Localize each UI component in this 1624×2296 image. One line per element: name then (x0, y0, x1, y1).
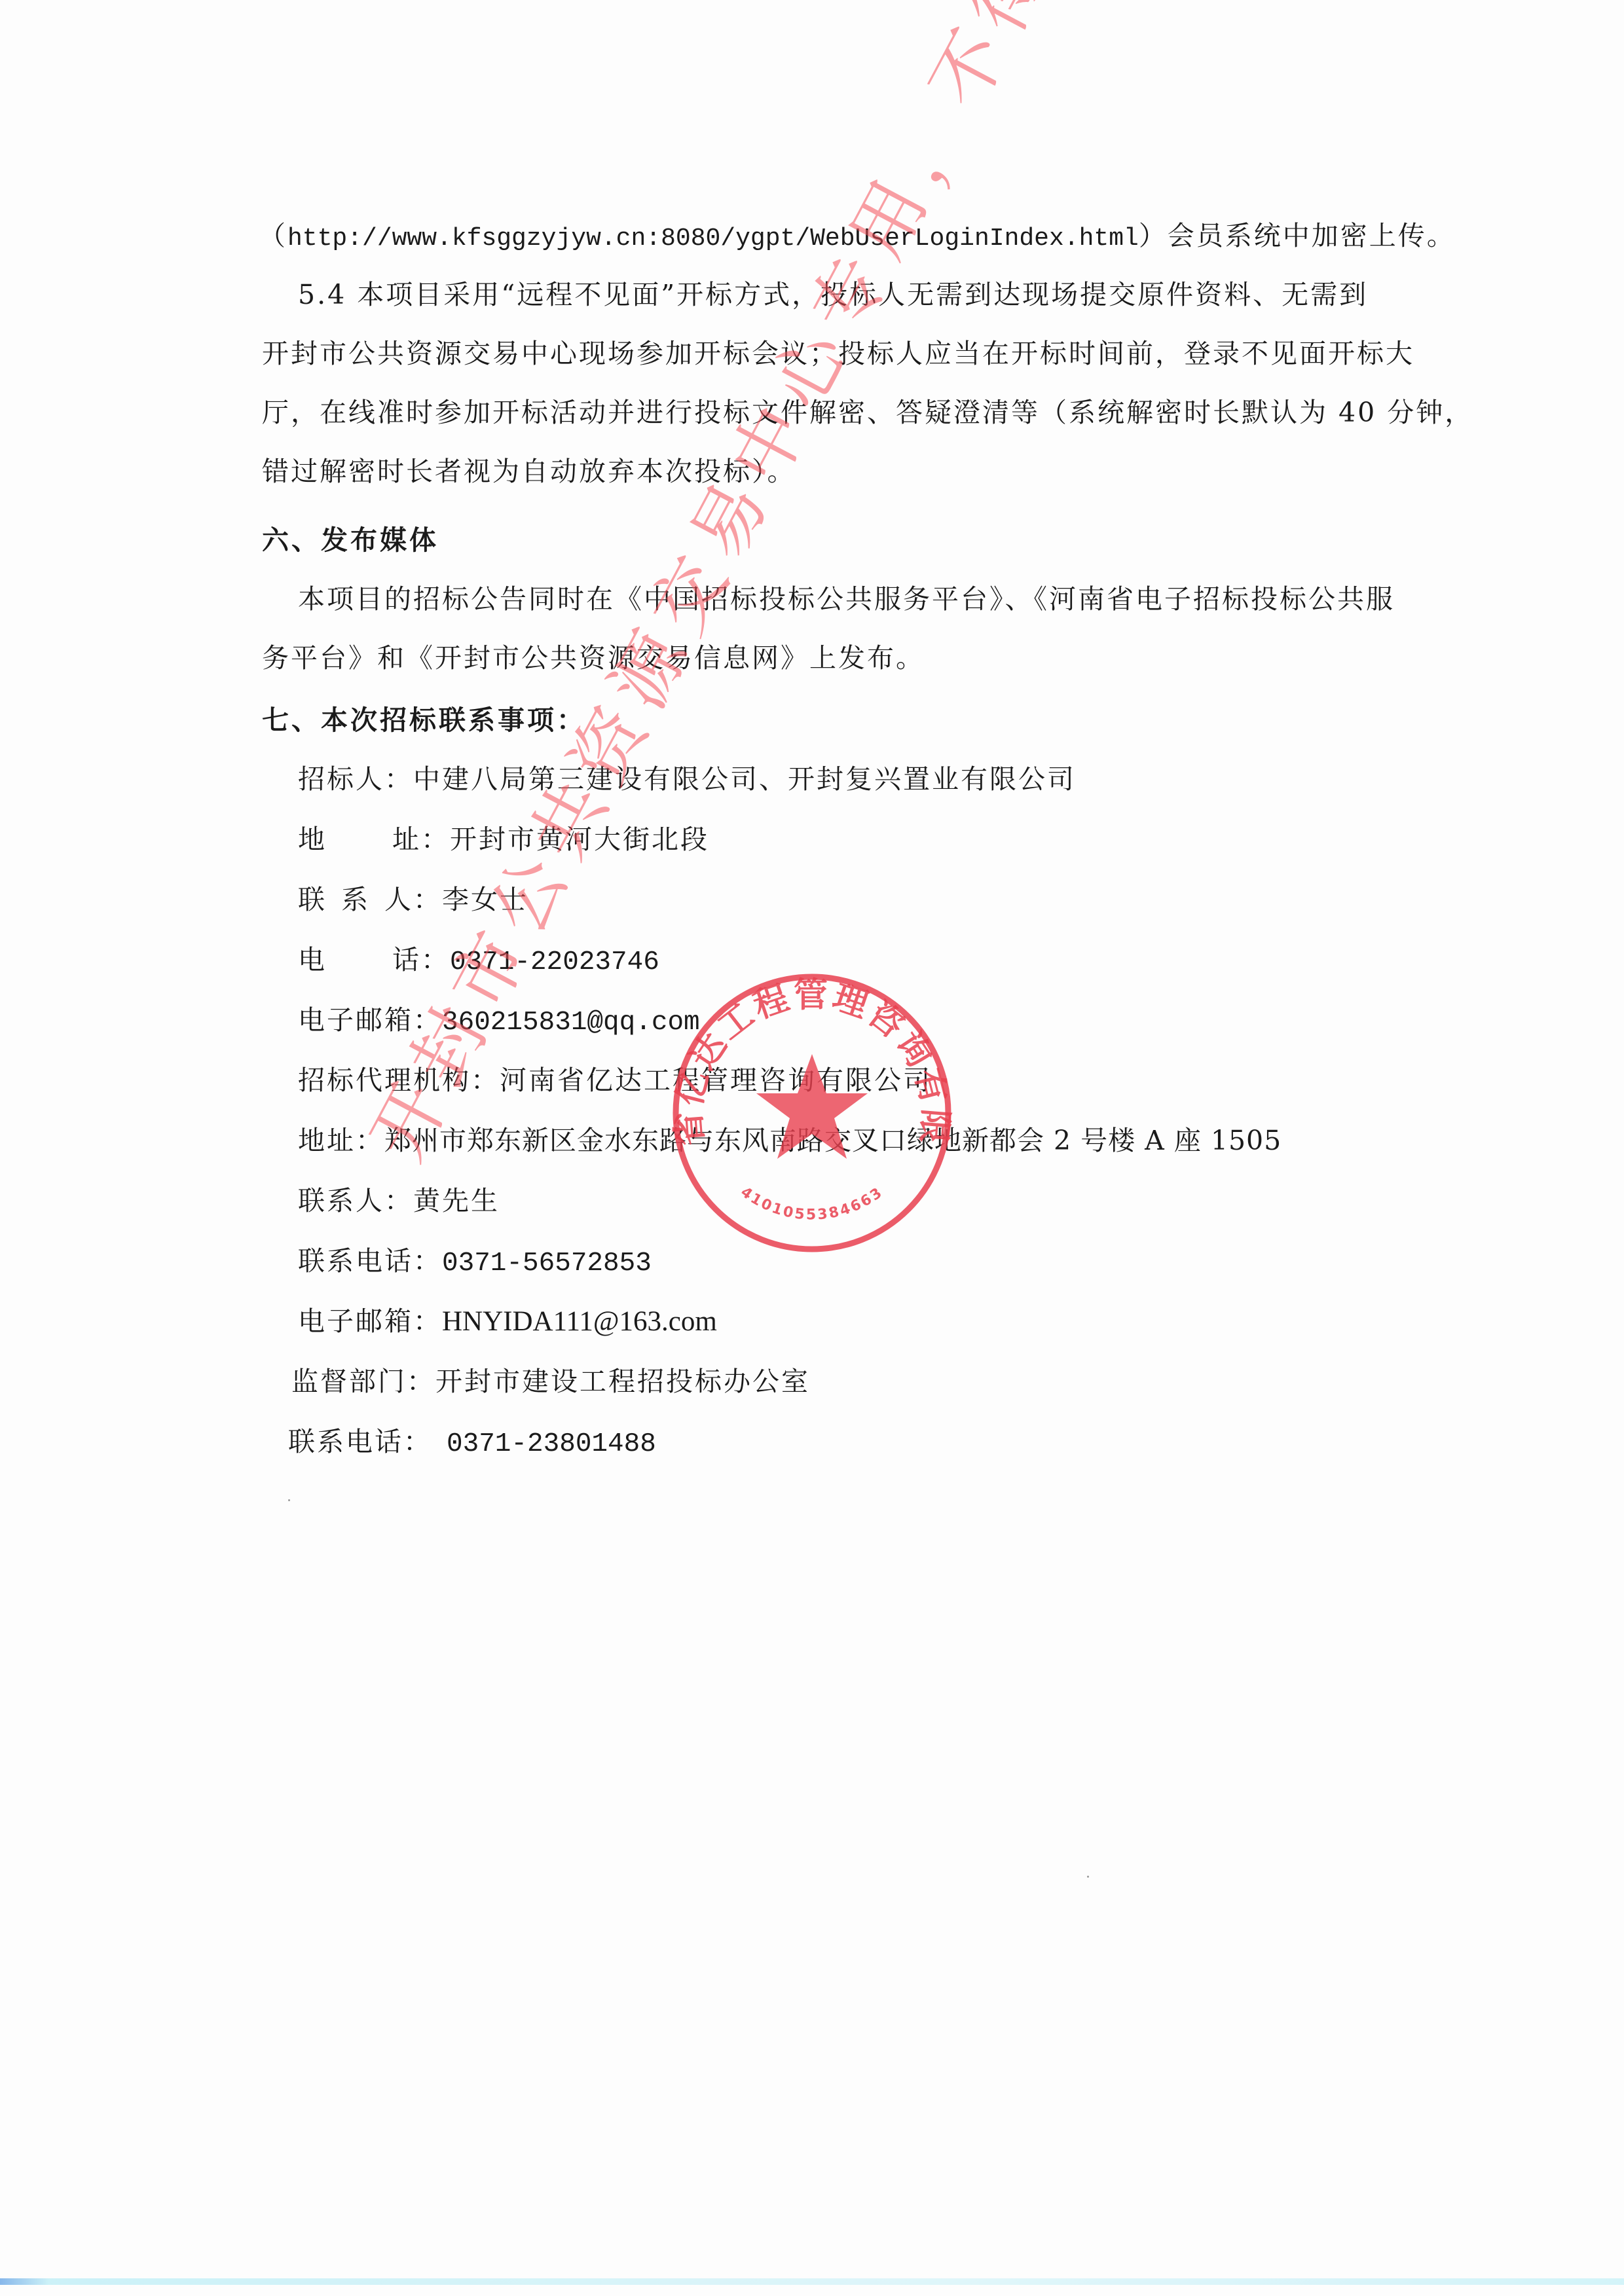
supervision-dept: 开封市建设工程招投标办公室 (435, 1366, 810, 1397)
section-6-line-1: 本项目的招标公告同时在《中国招标投标公共服务平台》、《河南省电子招标投标公共服 (298, 579, 1395, 619)
agency-phone[interactable]: 0371-56572853 (442, 1248, 652, 1279)
supervision-dept-row: 监督部门：开封市建设工程招投标办公室 (291, 1362, 810, 1401)
company-seal: 河南省亿达工程管理咨询有限公司 4101055384663 (668, 969, 956, 1257)
address-label-b: 址： (392, 824, 450, 855)
svg-text:4101055384663: 4101055384663 (737, 1184, 887, 1223)
item-5-4-line-3: 厅，在线准时参加开标活动并进行投标文件解密、答疑澄清等（系统解密时长默认为 40… (262, 393, 1473, 432)
agency-contact: 黄先生 (413, 1185, 500, 1216)
document-page: （http://www.kfsggzyjyw.cn:8080/ygpt/WebU… (0, 0, 1624, 2296)
supervision-dept-label: 监督部门： (291, 1366, 435, 1397)
agency-phone-row: 联系电话：0371-56572853 (298, 1241, 652, 1283)
scan-speck (288, 1499, 290, 1501)
contact-label-c: 人： (384, 884, 442, 915)
agency-contact-label: 联系人： (298, 1185, 413, 1216)
tenderer-name-row: 招标人：中建八局第三建设有限公司、开封复兴置业有限公司 (298, 759, 1076, 799)
agency-email-label: 电子邮箱： (298, 1305, 442, 1337)
supervision-phone-row: 联系电话：0371-23801488 (288, 1422, 656, 1464)
agency-contact-row: 联系人：黄先生 (298, 1181, 500, 1220)
contact-label-b: 系 (341, 884, 370, 915)
section-7-heading: 七、本次招标联系事项： (262, 701, 586, 740)
contact-label-a: 联 (298, 884, 327, 915)
agency-phone-label: 联系电话： (298, 1245, 442, 1277)
address-label-a: 地 (298, 824, 327, 855)
star-icon (756, 1054, 868, 1159)
url-suffix: ）会员系统中加密上传。 (1139, 220, 1456, 251)
seal-code: 4101055384663 (737, 1184, 887, 1223)
tenderer-name: 中建八局第三建设有限公司、开封复兴置业有限公司 (413, 763, 1076, 795)
upload-url[interactable]: http://www.kfsggzyjyw.cn:8080/ygpt/WebUs… (287, 225, 1139, 253)
url-prefix: （ (259, 220, 287, 251)
supervision-phone-label: 联系电话： (288, 1426, 432, 1457)
scan-edge-bar (0, 2278, 1624, 2285)
agency-email[interactable]: HNYIDA111@163.com (442, 1306, 717, 1337)
scan-speck (1087, 1876, 1089, 1878)
supervision-phone[interactable]: 0371-23801488 (447, 1429, 656, 1459)
agency-email-row: 电子邮箱：HNYIDA111@163.com (298, 1302, 717, 1341)
phone-label-a: 电 (298, 944, 327, 975)
section-6-heading: 六、发布媒体 (262, 520, 439, 560)
tenderer-name-label: 招标人： (298, 763, 413, 795)
